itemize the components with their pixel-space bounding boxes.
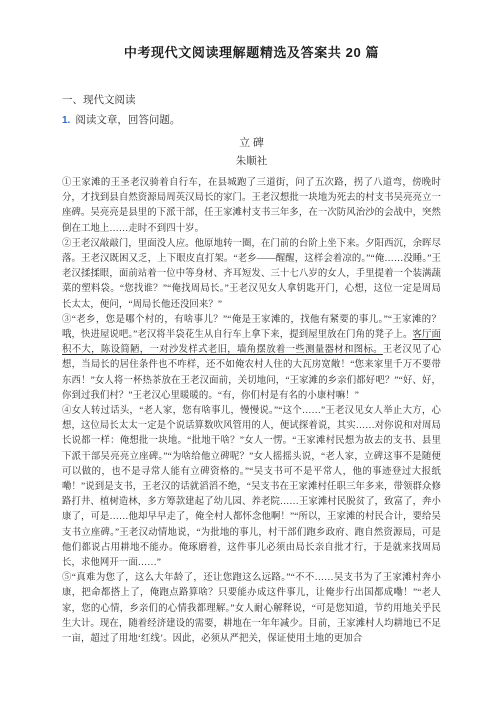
article-title: 立 碑 — [62, 134, 441, 150]
document-page: 中考现代文阅读理解题精选及答案共 20 篇 一、现代文阅读 1.阅读文章，回答问… — [0, 0, 500, 707]
question-line: 1.阅读文章，回答问题。 — [62, 112, 441, 127]
section-heading: 一、现代文阅读 — [62, 92, 441, 107]
paragraph-4: ④女人转过话头，“老人家，您有啥事儿，慢慢说。”“这个……”王老汉见女人举止大方… — [62, 404, 441, 571]
paragraph-5: ⑤“真难为您了，这么大年龄了，还让您跑这么远路。”“不不……吴支书为了王家滩村奔… — [62, 571, 441, 647]
paragraph-3: ③“老乡，您是哪个村的，有啥事儿？”“俺是王家滩的，找他有紧要的事儿。”“王家滩… — [62, 313, 441, 404]
question-prompt: 阅读文章，回答问题。 — [75, 115, 180, 126]
paragraph-2: ②王老汉敲敲门，里面没人应。他原地转一圈，在门前的台阶上坐下来。夕阳西沉，余晖尽… — [62, 237, 441, 313]
paragraph-1: ①王家滩的王圣老汉骑着自行车，在县城跑了三道街，问了五次路，拐了八道弯，傍晚时分… — [62, 176, 441, 237]
document-title: 中考现代文阅读理解题精选及答案共 20 篇 — [62, 42, 441, 61]
paragraph-3-lead: ③“老乡，您是哪个村的，有啥事儿？”“俺是王家滩的，找他有紧要的事儿。”“王家滩… — [62, 315, 441, 340]
question-number: 1. — [62, 115, 70, 126]
article-author: 朱顺社 — [62, 153, 441, 168]
article-body: ①王家滩的王圣老汉骑着自行车，在县城跑了三道街，问了五次路，拐了八道弯，傍晚时分… — [62, 176, 441, 647]
